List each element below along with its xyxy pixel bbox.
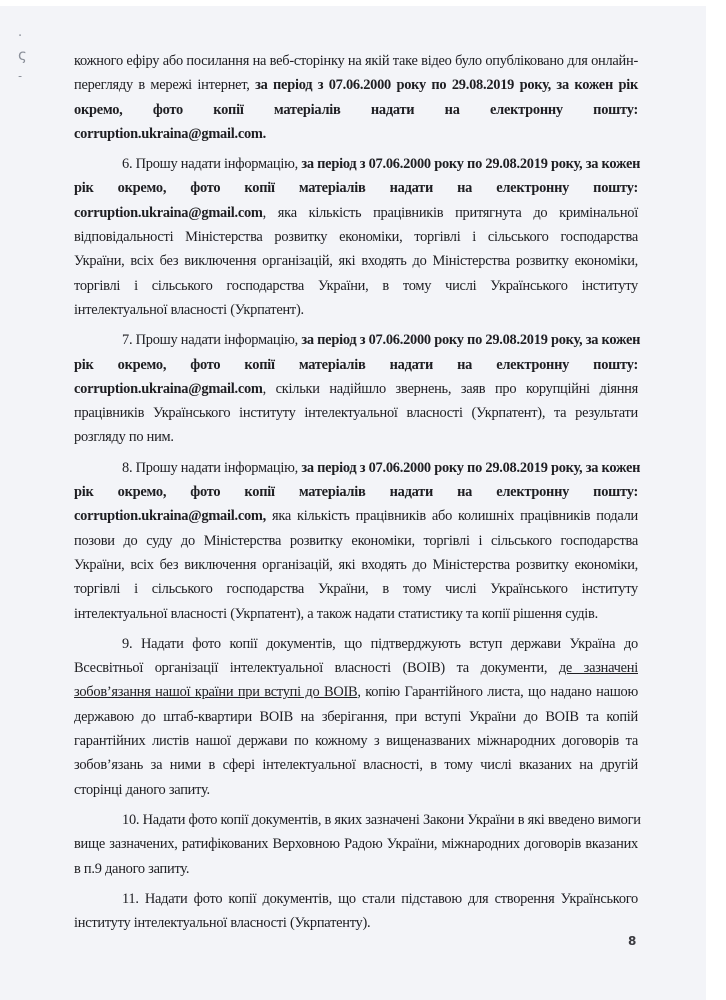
- text-line: позови до суду до Міністерства розвитку …: [74, 529, 638, 553]
- text-span: вище зазначених, ратифікованих Верховною…: [74, 836, 638, 852]
- underlined-text: зобов’язання нашої країни при вступі до …: [74, 684, 357, 700]
- text-span: розгляду по ним.: [74, 429, 174, 445]
- text-span: торгівлі і сільського господарства Украї…: [74, 581, 638, 597]
- text-span: гарантійних листів нашої держави по кожн…: [74, 733, 638, 749]
- staple-mark-icon: ς: [18, 48, 27, 63]
- text-span: 8. Прошу надати інформацію,: [122, 460, 301, 476]
- text-span: , копію Гарантійного листа, що надано на…: [357, 684, 638, 700]
- text-span: державою до штаб-квартири ВОІВ на зберіг…: [74, 709, 638, 725]
- text-span: України, всіх без виключення організацій…: [74, 557, 638, 573]
- text-line: corruption.ukraina@gmail.com, скільки на…: [74, 377, 638, 401]
- text-span: відповідальності Міністерства розвитку е…: [74, 229, 638, 245]
- text-line: 7. Прошу надати інформацію, за період з …: [74, 328, 638, 352]
- text-line: зобов’язань за ними в сфері інтелектуаль…: [74, 753, 638, 777]
- text-line: торгівлі і сільського господарства Украї…: [74, 274, 638, 298]
- bold-text: рік окремо, фото копії матеріалів надати…: [74, 357, 638, 373]
- text-span: інституту інтелектуальної власності (Укр…: [74, 915, 370, 931]
- text-span: Всесвітньої організації інтелектуальної …: [74, 660, 559, 676]
- text-line: інтелектуальної власності (Укрпатент).: [74, 298, 638, 322]
- text-line: гарантійних листів нашої держави по кожн…: [74, 729, 638, 753]
- paragraph-p7: 7. Прошу надати інформацію, за період з …: [74, 328, 638, 449]
- text-line: державою до штаб-квартири ВОІВ на зберіг…: [74, 705, 638, 729]
- text-span: зобов’язань за ними в сфері інтелектуаль…: [74, 757, 638, 773]
- bold-text: за період з 07.06.2000 року по 29.08.201…: [301, 156, 640, 172]
- text-line: corruption.ukraina@gmail.com.: [74, 122, 638, 146]
- text-line: інституту інтелектуальної власності (Укр…: [74, 911, 638, 935]
- page-number: 8: [628, 934, 636, 948]
- text-span: інтелектуальної власності (Укрпатент).: [74, 302, 304, 318]
- hole-punch-mark-icon: ˗: [18, 70, 22, 83]
- text-span: в п.9 даного запиту.: [74, 861, 189, 877]
- paragraph-p8: 8. Прошу надати інформацію, за період з …: [74, 456, 638, 626]
- text-line: інтелектуальної власності (Укрпатент), а…: [74, 602, 638, 626]
- text-span: , яка кількість працівників притягнута д…: [263, 205, 638, 221]
- text-span: сторінці даного запиту.: [74, 782, 210, 798]
- text-span: 6. Прошу надати інформацію,: [122, 156, 301, 172]
- text-line: 10. Надати фото копії документів, в яких…: [74, 808, 638, 832]
- text-line: перегляду в мережі інтернет, за період з…: [74, 73, 638, 97]
- underlined-text: де зазначені: [559, 660, 638, 676]
- email-text: corruption.ukraina@gmail.com: [74, 205, 263, 221]
- text-line: торгівлі і сільського господарства Украї…: [74, 577, 638, 601]
- bold-text: за період з 07.06.2000 року по 29.08.201…: [301, 332, 640, 348]
- text-line: зобов’язання нашої країни при вступі до …: [74, 680, 638, 704]
- text-span: , скільки надійшло звернень, заяв про ко…: [263, 381, 638, 397]
- paragraph-p9: 9. Надати фото копії документів, що підт…: [74, 632, 638, 802]
- text-span: працівників Українського інституту інтел…: [74, 405, 638, 421]
- text-line: рік окремо, фото копії матеріалів надати…: [74, 176, 638, 200]
- text-span: України, всіх без виключення організацій…: [74, 253, 638, 269]
- bold-text: рік окремо, фото копії матеріалів надати…: [74, 484, 638, 500]
- paragraph-p5-continuation: кожного ефіру або посилання на веб-сторі…: [74, 49, 638, 146]
- scanned-page: · ς ˗ кожного ефіру або посилання на веб…: [0, 0, 706, 1000]
- text-span: 9. Надати фото копії документів, що підт…: [122, 636, 638, 652]
- text-line: corruption.ukraina@gmail.com, яка кількі…: [74, 201, 638, 225]
- text-span: позови до суду до Міністерства розвитку …: [74, 533, 638, 549]
- text-span: торгівлі і сільського господарства Украї…: [74, 278, 638, 294]
- text-line: рік окремо, фото копії матеріалів надати…: [74, 480, 638, 504]
- bold-text: за період з 07.06.2000 року по 29.08.201…: [301, 460, 640, 476]
- text-line: 8. Прошу надати інформацію, за період з …: [74, 456, 638, 480]
- text-line: сторінці даного запиту.: [74, 778, 638, 802]
- text-line: працівників Українського інституту інтел…: [74, 401, 638, 425]
- text-span: 7. Прошу надати інформацію,: [122, 332, 301, 348]
- text-line: відповідальності Міністерства розвитку е…: [74, 225, 638, 249]
- email-text: corruption.ukraina@gmail.com: [74, 381, 263, 397]
- bold-text: за період з 07.06.2000 року по 29.08.201…: [255, 77, 638, 93]
- paragraph-p10: 10. Надати фото копії документів, в яких…: [74, 808, 638, 881]
- bold-text: окремо, фото копії матеріалів надати на …: [74, 102, 638, 118]
- text-line: в п.9 даного запиту.: [74, 857, 638, 881]
- text-line: Всесвітньої організації інтелектуальної …: [74, 656, 638, 680]
- scan-edge: [0, 0, 706, 6]
- text-line: кожного ефіру або посилання на веб-сторі…: [74, 49, 638, 73]
- text-line: України, всіх без виключення організацій…: [74, 553, 638, 577]
- text-span: 11. Надати фото копії документів, що ста…: [122, 891, 638, 907]
- bold-text: рік окремо, фото копії матеріалів надати…: [74, 180, 638, 196]
- email-text: corruption.ukraina@gmail.com.: [74, 126, 266, 142]
- text-line: рік окремо, фото копії матеріалів надати…: [74, 353, 638, 377]
- text-line: 9. Надати фото копії документів, що підт…: [74, 632, 638, 656]
- text-line: України, всіх без виключення організацій…: [74, 249, 638, 273]
- text-line: розгляду по ним.: [74, 425, 638, 449]
- document-body: кожного ефіру або посилання на веб-сторі…: [74, 49, 638, 935]
- paragraph-p11: 11. Надати фото копії документів, що ста…: [74, 887, 638, 936]
- paragraph-p6: 6. Прошу надати інформацію, за період з …: [74, 152, 638, 322]
- email-text: corruption.ukraina@gmail.com,: [74, 508, 266, 524]
- text-span: інтелектуальної власності (Укрпатент), а…: [74, 606, 598, 622]
- text-span: кожного ефіру або посилання на веб-сторі…: [74, 53, 638, 69]
- text-span: яка кількість працівників або колишніх п…: [266, 508, 638, 524]
- text-line: 6. Прошу надати інформацію, за період з …: [74, 152, 638, 176]
- text-line: 11. Надати фото копії документів, що ста…: [74, 887, 638, 911]
- text-span: 10. Надати фото копії документів, в яких…: [122, 812, 641, 828]
- text-line: вище зазначених, ратифікованих Верховною…: [74, 832, 638, 856]
- text-span: перегляду в мережі інтернет,: [74, 77, 255, 93]
- text-line: окремо, фото копії матеріалів надати на …: [74, 98, 638, 122]
- text-line: corruption.ukraina@gmail.com, яка кількі…: [74, 504, 638, 528]
- hole-punch-mark-icon: ·: [18, 30, 22, 43]
